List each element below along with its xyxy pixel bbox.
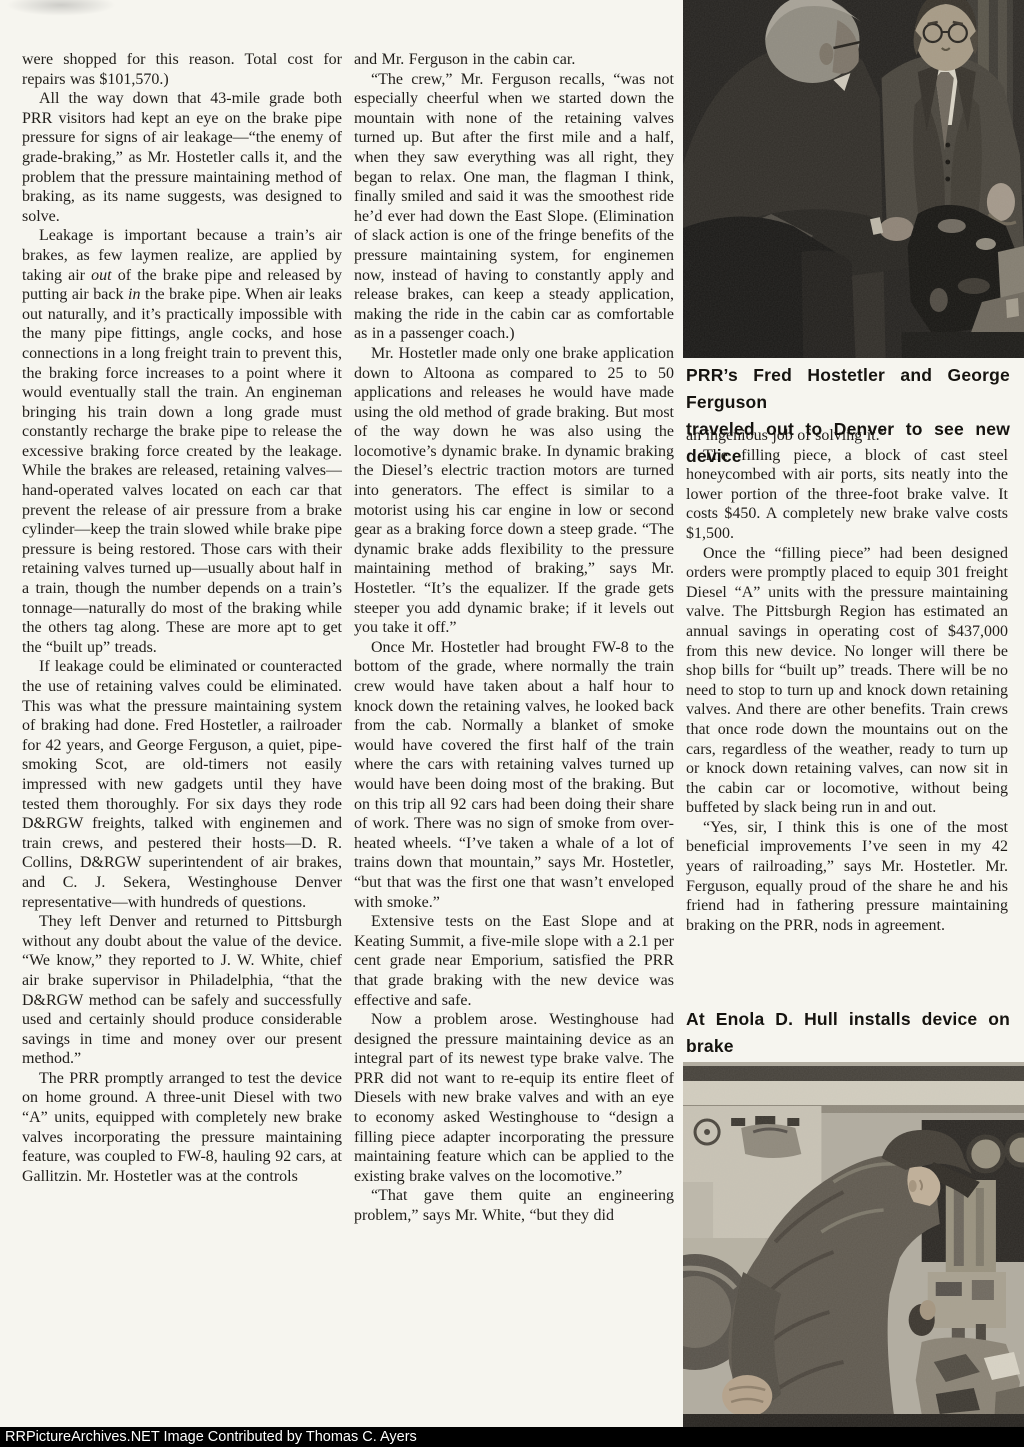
paragraph: Mr. Hostetler made only one brake applic… <box>354 344 674 638</box>
paragraph: All the way down that 43-mile grade both… <box>22 89 342 226</box>
footer-bar: RRPictureArchives.NET Image Contributed … <box>0 1427 1024 1447</box>
photo-hostetler-ferguson <box>683 0 1024 358</box>
paragraph: If leakage could be eliminated or counte… <box>22 657 342 912</box>
paragraph: and Mr. Ferguson in the cabin car. <box>354 50 674 70</box>
paragraph: Once Mr. Hostetler had brought FW-8 to t… <box>354 638 674 912</box>
article-column-2: and Mr. Ferguson in the cabin car.“The c… <box>354 50 674 1338</box>
paragraph: They left Denver and returned to Pittsbu… <box>22 912 342 1069</box>
scan-smudge <box>6 0 116 16</box>
paragraph: were shopped for this reason. Total cost… <box>22 50 342 89</box>
photo-enola-installation-graphic <box>683 1062 1024 1427</box>
photo-hostetler-ferguson-graphic <box>683 0 1024 358</box>
paragraph: Now a problem arose. Westinghouse had de… <box>354 1010 674 1186</box>
paragraph: Once the “filling piece” had been design… <box>686 544 1008 818</box>
caption-line: PRR’s Fred Hostetler and George Ferguson <box>686 362 1010 416</box>
paragraph: Leakage is important because a train’s a… <box>22 226 342 657</box>
paragraph: Extensive tests on the East Slope and at… <box>354 912 674 1010</box>
photo-caption-hostetler-ferguson: PRR’s Fred Hostetler and George Ferguson… <box>686 362 1010 470</box>
article-column-3: an ingenious job of solving it.”The fill… <box>686 426 1008 1006</box>
magazine-page: were shopped for this reason. Total cost… <box>0 0 1024 1447</box>
caption-line: traveled out to Denver to see new device <box>686 416 1010 470</box>
paragraph: “Yes, sir, I think this is one of the mo… <box>686 818 1008 936</box>
article-column-1: were shopped for this reason. Total cost… <box>22 50 342 1338</box>
paragraph: “That gave them quite an engineering pro… <box>354 1186 674 1225</box>
paragraph: The PRR promptly arranged to test the de… <box>22 1069 342 1187</box>
photo-enola-installation <box>683 1062 1024 1427</box>
caption-line: At Enola D. Hull installs device on brak… <box>686 1006 1010 1060</box>
footer-credit-text: RRPictureArchives.NET Image Contributed … <box>0 1429 417 1445</box>
paragraph: “The crew,” Mr. Ferguson recalls, “was n… <box>354 70 674 344</box>
